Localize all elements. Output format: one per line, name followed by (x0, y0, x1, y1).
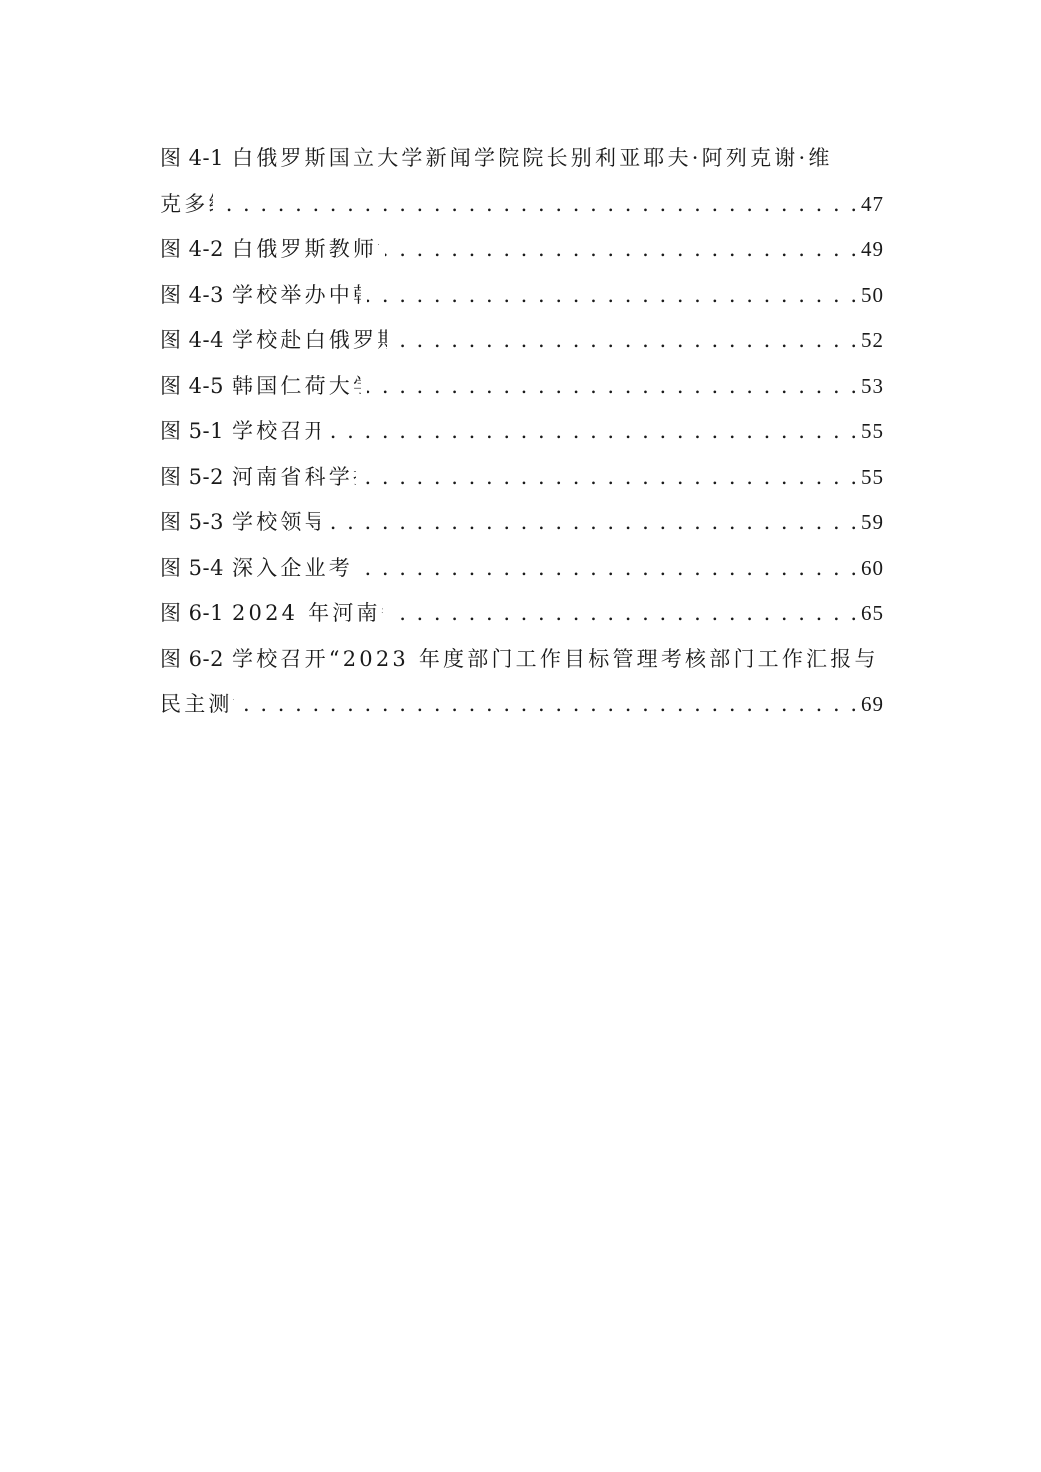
toc-entry-line: 图 5-1 学校召开校企合作工作会议 55 (160, 409, 884, 455)
dot-leader (393, 318, 857, 364)
dot-leader (326, 500, 857, 546)
toc-entry-line: 图 5-2 河南省科学技术馆领导莅临学校考察交流 55 (160, 455, 884, 501)
page-number: 52 (861, 318, 884, 364)
page-number: 50 (861, 273, 884, 319)
toc-entry-line: 图 4-5 韩国仁荷大学国际化事业团来学校访问交流 53 (160, 364, 884, 410)
toc-entry-line: 图 6-1 2024 年河南省高职院校音乐骨干教师培训圆满结束 65 (160, 591, 884, 637)
page-number: 60 (861, 546, 884, 592)
dot-leader (240, 682, 857, 728)
toc-entry-line-2: 克多维奇来访 47 (160, 182, 884, 228)
toc-entry-fig-4-2[interactable]: 图 4-2 白俄罗斯教师谢列茨基·亚历山大介绍课堂教学成果 49 (160, 227, 884, 273)
figure-title: 韩国仁荷大学国际化事业团来学校访问交流 (232, 364, 361, 410)
page-number: 49 (861, 227, 884, 273)
figure-title: 深入企业考察，推动工学交替模式创新 (232, 546, 350, 592)
dot-leader (356, 546, 857, 592)
figure-title: 白俄罗斯国立大学新闻学院院长别利亚耶夫·阿列克谢·维 (232, 136, 884, 182)
figure-title: 学校领导探望工学交替学生 (232, 500, 320, 546)
toc-entry-line-1: 图 6-2 学校召开“2023 年度部门工作目标管理考核部门工作汇报与 (160, 637, 884, 683)
toc-entry-fig-5-1[interactable]: 图 5-1 学校召开校企合作工作会议 55 (160, 409, 884, 455)
toc-entry-line-1: 图 4-1 白俄罗斯国立大学新闻学院院长别利亚耶夫·阿列克谢·维 (160, 136, 884, 182)
dot-leader (367, 273, 857, 319)
toc-entry-fig-5-2[interactable]: 图 5-2 河南省科学技术馆领导莅临学校考察交流 55 (160, 455, 884, 501)
toc-entry-line: 图 4-4 学校赴白俄罗斯留学生在明斯克举办河南坠子专场演出 52 (160, 318, 884, 364)
figure-title: 白俄罗斯教师谢列茨基·亚历山大介绍课堂教学成果 (232, 227, 379, 273)
dot-leader (389, 591, 857, 637)
toc-entry-line: 图 5-4 深入企业考察，推动工学交替模式创新 60 (160, 546, 884, 592)
figure-label: 图 6-1 (160, 591, 224, 637)
figure-title-continued: 民主测评”专题会议 (160, 682, 234, 728)
page-number: 55 (861, 409, 884, 455)
figure-label: 图 4-3 (160, 273, 224, 319)
toc-entry-fig-4-3[interactable]: 图 4-3 学校举办中韩合作办学项目赴韩留学宣讲会 50 (160, 273, 884, 319)
dot-leader (219, 182, 857, 228)
page-number: 59 (861, 500, 884, 546)
dot-leader (362, 455, 857, 501)
toc-entry-fig-4-4[interactable]: 图 4-4 学校赴白俄罗斯留学生在明斯克举办河南坠子专场演出 52 (160, 318, 884, 364)
toc-entry-line: 图 4-3 学校举办中韩合作办学项目赴韩留学宣讲会 50 (160, 273, 884, 319)
toc-entry-line: 图 4-2 白俄罗斯教师谢列茨基·亚历山大介绍课堂教学成果 49 (160, 227, 884, 273)
figure-title: 学校召开校企合作工作会议 (232, 409, 320, 455)
figure-title: 河南省科学技术馆领导莅临学校考察交流 (232, 455, 356, 501)
page-number: 69 (861, 682, 884, 728)
figure-label: 图 4-4 (160, 318, 224, 364)
figure-label: 图 4-1 (160, 136, 224, 182)
dot-leader (385, 227, 857, 273)
figure-label: 图 5-2 (160, 455, 224, 501)
toc-entry-fig-6-2[interactable]: 图 6-2 学校召开“2023 年度部门工作目标管理考核部门工作汇报与 民主测评… (160, 637, 884, 728)
figure-title-continued: 克多维奇来访 (160, 182, 213, 228)
figure-title: 学校举办中韩合作办学项目赴韩留学宣讲会 (232, 273, 361, 319)
figure-title: 学校赴白俄罗斯留学生在明斯克举办河南坠子专场演出 (232, 318, 387, 364)
figure-label: 图 5-1 (160, 409, 224, 455)
toc-entry-fig-5-4[interactable]: 图 5-4 深入企业考察，推动工学交替模式创新 60 (160, 546, 884, 592)
list-of-figures: 图 4-1 白俄罗斯国立大学新闻学院院长别利亚耶夫·阿列克谢·维 克多维奇来访 … (160, 136, 884, 728)
toc-entry-fig-4-1[interactable]: 图 4-1 白俄罗斯国立大学新闻学院院长别利亚耶夫·阿列克谢·维 克多维奇来访 … (160, 136, 884, 227)
figure-label: 图 5-3 (160, 500, 224, 546)
figure-label: 图 5-4 (160, 546, 224, 592)
toc-entry-fig-5-3[interactable]: 图 5-3 学校领导探望工学交替学生 59 (160, 500, 884, 546)
toc-entry-fig-4-5[interactable]: 图 4-5 韩国仁荷大学国际化事业团来学校访问交流 53 (160, 364, 884, 410)
figure-label: 图 6-2 (160, 637, 224, 683)
toc-entry-line-2: 民主测评”专题会议 69 (160, 682, 884, 728)
figure-label: 图 4-2 (160, 227, 224, 273)
page-number: 47 (861, 182, 884, 228)
dot-leader (326, 409, 857, 455)
figure-title: 2024 年河南省高职院校音乐骨干教师培训圆满结束 (232, 591, 383, 637)
figure-label: 图 4-5 (160, 364, 224, 410)
toc-entry-line: 图 5-3 学校领导探望工学交替学生 59 (160, 500, 884, 546)
page-number: 65 (861, 591, 884, 637)
figure-title: 学校召开“2023 年度部门工作目标管理考核部门工作汇报与 (232, 637, 884, 683)
dot-leader (367, 364, 857, 410)
toc-entry-fig-6-1[interactable]: 图 6-1 2024 年河南省高职院校音乐骨干教师培训圆满结束 65 (160, 591, 884, 637)
page-number: 53 (861, 364, 884, 410)
page-number: 55 (861, 455, 884, 501)
